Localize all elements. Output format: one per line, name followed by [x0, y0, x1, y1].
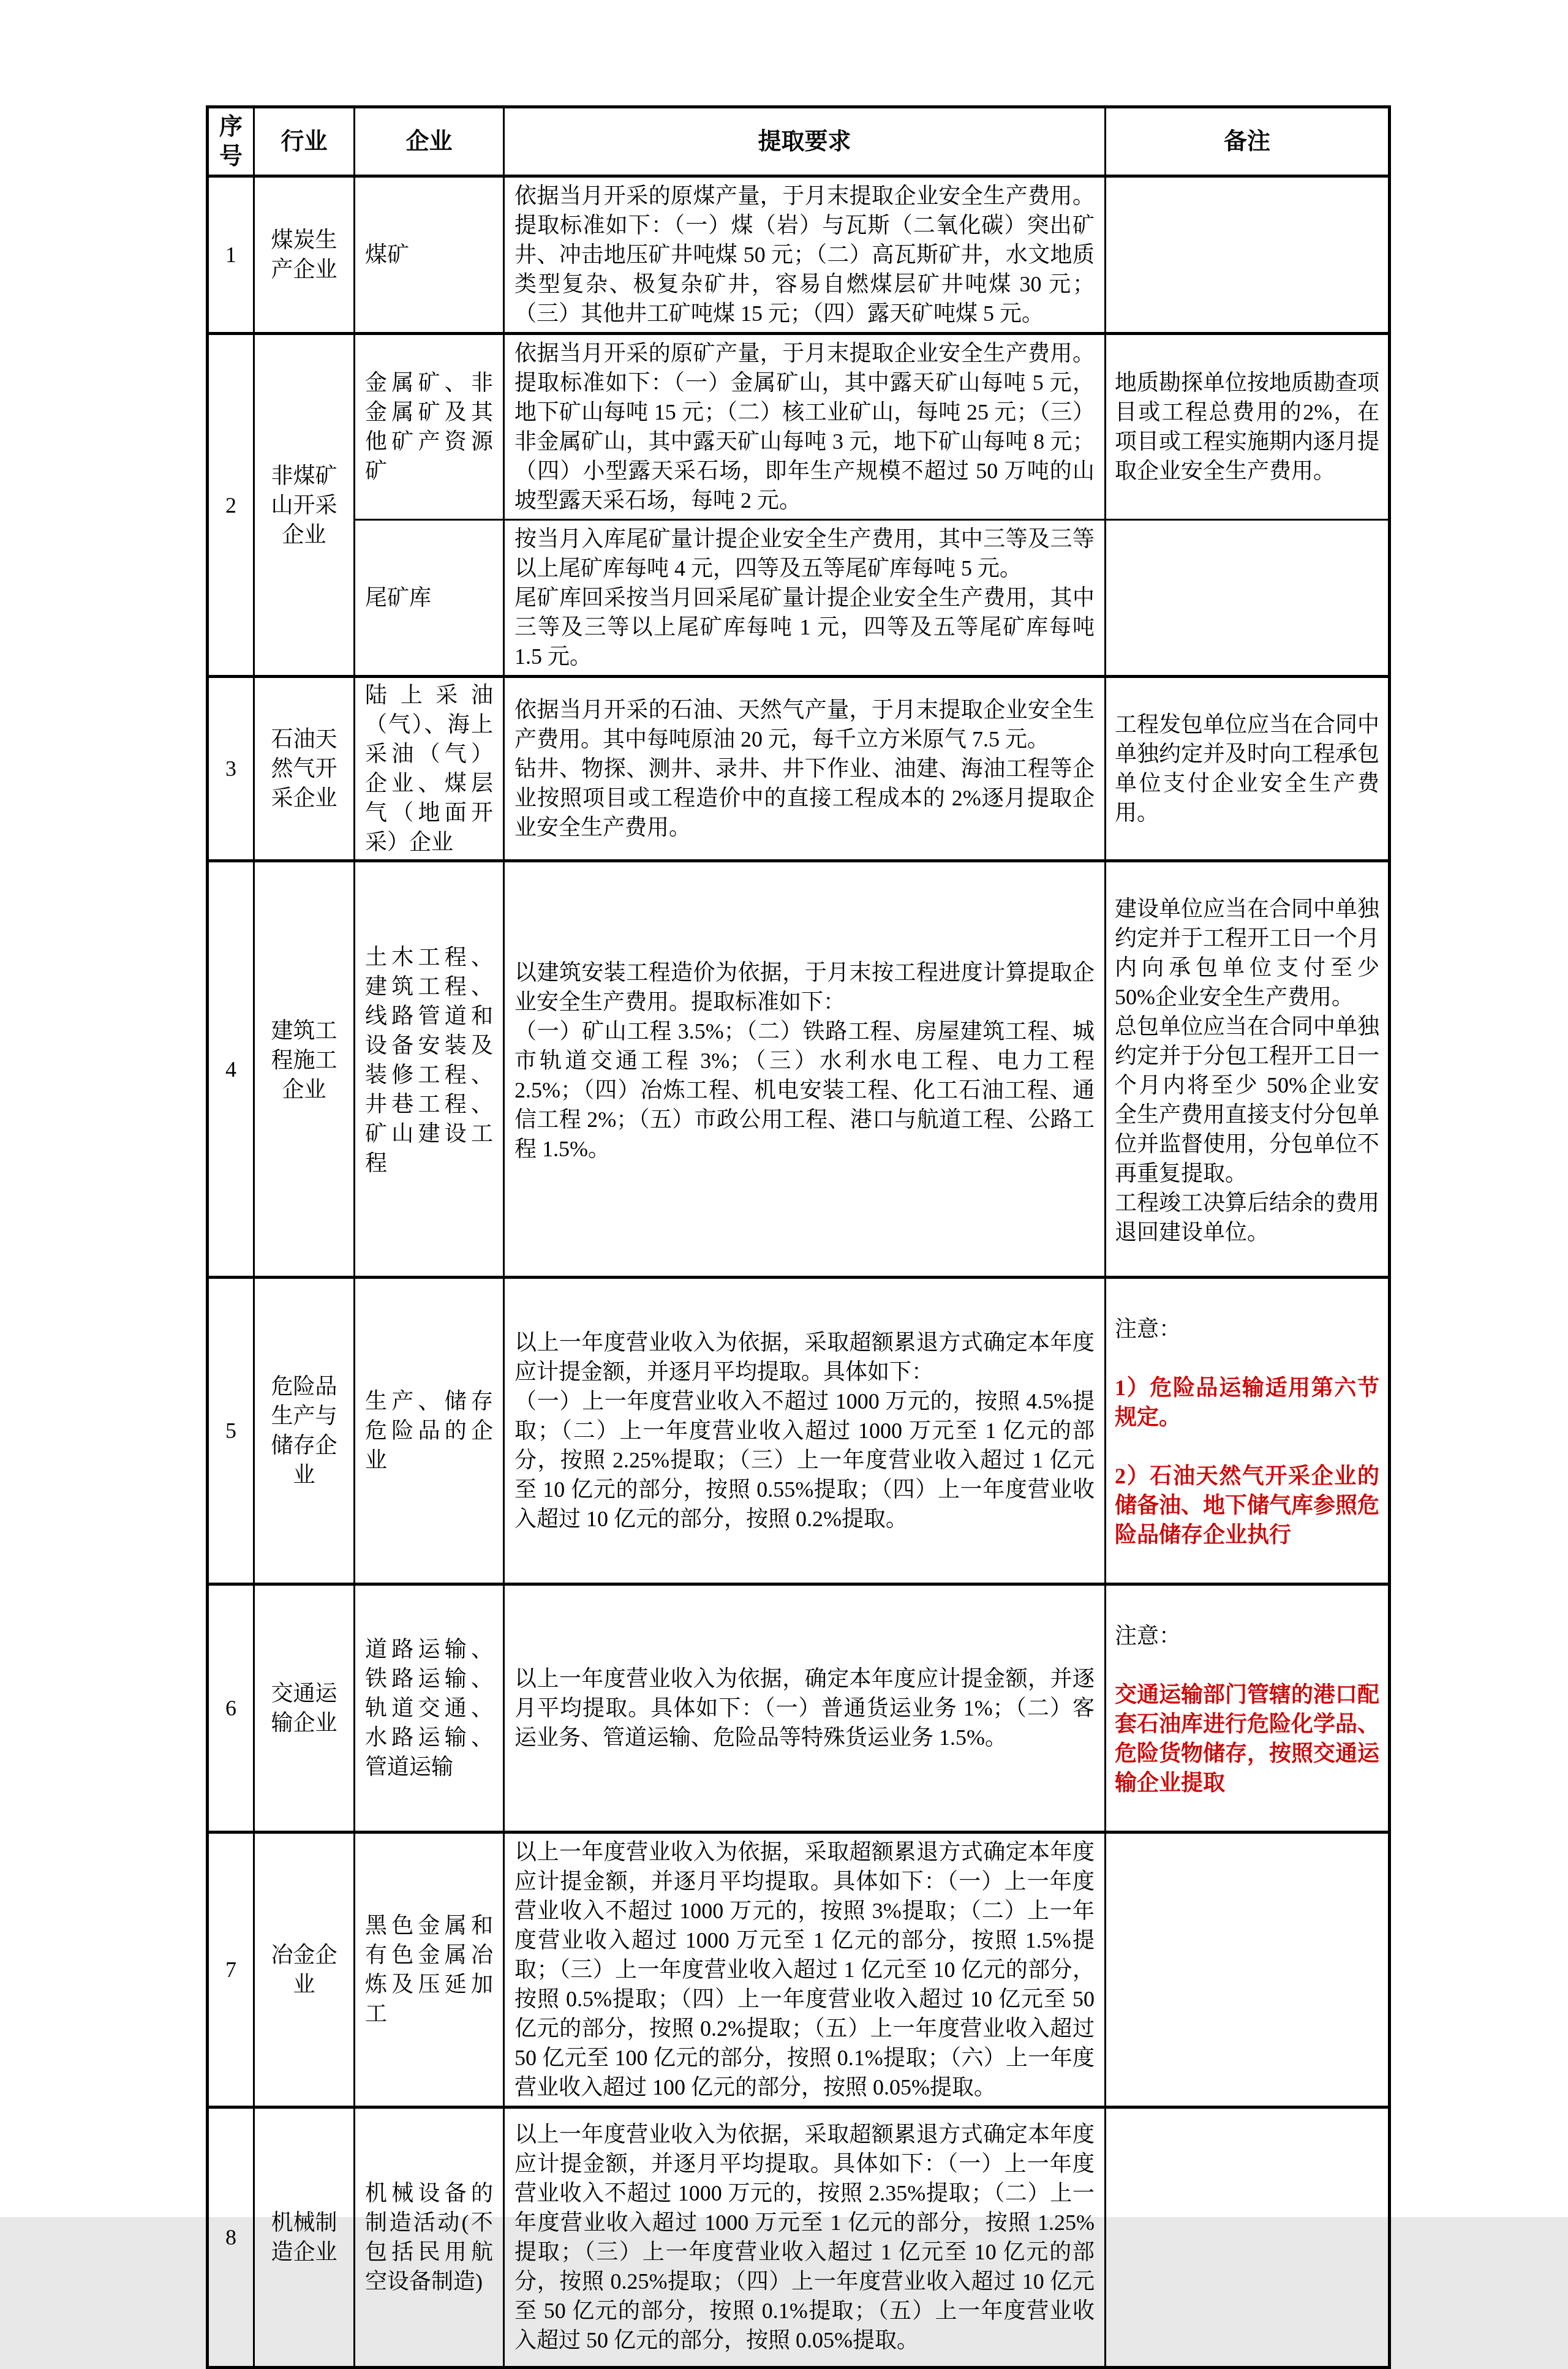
header-seq: 序号 [208, 107, 254, 176]
cell-industry-4: 建筑工程施工企业 [254, 861, 355, 1278]
table-row: 1 煤炭生产企业 煤矿 依据当月开采的原煤产量，于月末提取企业安全生产费用。提取… [208, 176, 1390, 334]
cell-requirement-3: 依据当月开采的石油、天然气产量，于月末提取企业安全生产费用。其中每吨原油 20 … [504, 677, 1106, 861]
table-row: 6 交通运输企业 道路运输、铁路运输、轨道交通、水路运输、管道运输 以上一年度营… [208, 1584, 1390, 1832]
table-row: 3 石油天然气开采企业 陆上采油（气）、海上采油（气）企业、煤层气（地面开采）企… [208, 677, 1390, 861]
cell-enterprise-3: 陆上采油（气）、海上采油（气）企业、煤层气（地面开采）企业 [355, 677, 504, 861]
cell-requirement-6: 以上一年度营业收入为依据，确定本年度应计提金额，并逐月平均提取。具体如下：（一）… [504, 1584, 1106, 1832]
table-row: 7 冶金企业 黑色金属和有色金属冶炼及压延加工 以上一年度营业收入为依据，采取超… [208, 1832, 1390, 2107]
table-row: 8 机械制造企业 机械设备的制造活动(不包括民用航空设备制造) 以上一年度营业收… [208, 2107, 1390, 2368]
remark-note-label: 注意： [1115, 1314, 1379, 1344]
table-row: 2 非煤矿山开采企业 金属矿、非金属矿及其他矿产资源矿 依据当月开采的原矿产量，… [208, 334, 1390, 520]
cell-enterprise-1: 煤矿 [355, 176, 504, 334]
remark-red-text: 交通运输部门管辖的港口配套石油库进行危险化学品、危险货物储存，按照交通运输企业提… [1115, 1680, 1379, 1798]
cell-industry-8: 机械制造企业 [254, 2107, 355, 2368]
cell-remark-3: 工程发包单位应当在合同中单独约定并及时向工程承包单位支付企业安全生产费用。 [1106, 677, 1390, 861]
remark-red-text: 2）石油天然气开采企业的储备油、地下储气库参照危险品储存企业执行 [1115, 1461, 1379, 1550]
cell-requirement-4: 以建筑安装工程造价为依据，于月末按工程进度计算提取企业安全生产费用。提取标准如下… [504, 861, 1106, 1278]
cell-industry-3: 石油天然气开采企业 [254, 677, 355, 861]
table-row: 4 建筑工程施工企业 土木工程、建筑工程、线路管道和设备安装及装修工程、井巷工程… [208, 861, 1390, 1278]
cell-seq-4: 4 [208, 861, 254, 1278]
cell-industry-7: 冶金企业 [254, 1832, 355, 2107]
cell-requirement-2a: 依据当月开采的原矿产量，于月末提取企业安全生产费用。提取标准如下：（一）金属矿山… [504, 334, 1106, 520]
cell-seq-7: 7 [208, 1832, 254, 2107]
cell-remark-4: 建设单位应当在合同中单独约定并于工程开工日一个月内向承包单位支付至少 50%企业… [1106, 861, 1390, 1278]
cell-industry-1: 煤炭生产企业 [254, 176, 355, 334]
cell-remark-1 [1106, 176, 1390, 334]
header-enterprise: 企业 [355, 107, 504, 176]
table-row: 尾矿库 按当月入库尾矿量计提企业安全生产费用，其中三等及三等以上尾矿库每吨 4 … [208, 520, 1390, 677]
cell-requirement-7: 以上一年度营业收入为依据，采取超额累退方式确定本年度应计提金额，并逐月平均提取。… [504, 1832, 1106, 2107]
cell-remark-7 [1106, 1832, 1390, 2107]
cell-remark-8 [1106, 2107, 1390, 2368]
cell-enterprise-5: 生产、储存危险品的企业 [355, 1278, 504, 1584]
cell-enterprise-4: 土木工程、建筑工程、线路管道和设备安装及装修工程、井巷工程、矿山建设工程 [355, 861, 504, 1278]
cell-remark-6: 注意： 交通运输部门管辖的港口配套石油库进行危险化学品、危险货物储存，按照交通运… [1106, 1584, 1390, 1832]
header-remark: 备注 [1106, 107, 1390, 176]
cell-remark-2b [1106, 520, 1390, 677]
cell-enterprise-2b: 尾矿库 [355, 520, 504, 677]
header-industry: 行业 [254, 107, 355, 176]
cell-seq-5: 5 [208, 1278, 254, 1584]
cell-seq-8: 8 [208, 2107, 254, 2368]
safety-fee-extraction-table: 序号 行业 企业 提取要求 备注 1 煤炭生产企业 煤矿 依据当月开采的原煤产量… [206, 105, 1391, 2369]
cell-industry-2: 非煤矿山开采企业 [254, 334, 355, 677]
cell-enterprise-8: 机械设备的制造活动(不包括民用航空设备制造) [355, 2107, 504, 2368]
table-row: 5 危险品生产与储存企业 生产、储存危险品的企业 以上一年度营业收入为依据，采取… [208, 1278, 1390, 1584]
header-requirement: 提取要求 [504, 107, 1106, 176]
cell-enterprise-2a: 金属矿、非金属矿及其他矿产资源矿 [355, 334, 504, 520]
cell-seq-2: 2 [208, 334, 254, 677]
cell-requirement-2b: 按当月入库尾矿量计提企业安全生产费用，其中三等及三等以上尾矿库每吨 4 元，四等… [504, 520, 1106, 677]
cell-industry-6: 交通运输企业 [254, 1584, 355, 1832]
cell-requirement-1: 依据当月开采的原煤产量，于月末提取企业安全生产费用。提取标准如下：（一）煤（岩）… [504, 176, 1106, 334]
cell-remark-5: 注意： 1）危险品运输适用第六节规定。 2）石油天然气开采企业的储备油、地下储气… [1106, 1278, 1390, 1584]
cell-seq-3: 3 [208, 677, 254, 861]
cell-remark-2a: 地质勘探单位按地质勘查项目或工程总费用的2%，在项目或工程实施期内逐月提取企业安… [1106, 334, 1390, 520]
cell-requirement-5: 以上一年度营业收入为依据，采取超额累退方式确定本年度应计提金额，并逐月平均提取。… [504, 1278, 1106, 1584]
document-page: 序号 行业 企业 提取要求 备注 1 煤炭生产企业 煤矿 依据当月开采的原煤产量… [0, 0, 1568, 2217]
cell-seq-1: 1 [208, 176, 254, 334]
header-row: 序号 行业 企业 提取要求 备注 [208, 107, 1390, 176]
remark-note-label: 注意： [1115, 1621, 1379, 1651]
cell-seq-6: 6 [208, 1584, 254, 1832]
cell-requirement-8: 以上一年度营业收入为依据，采取超额累退方式确定本年度应计提金额，并逐月平均提取。… [504, 2107, 1106, 2368]
cell-enterprise-7: 黑色金属和有色金属冶炼及压延加工 [355, 1832, 504, 2107]
cell-enterprise-6: 道路运输、铁路运输、轨道交通、水路运输、管道运输 [355, 1584, 504, 1832]
cell-industry-5: 危险品生产与储存企业 [254, 1278, 355, 1584]
remark-red-text: 1）危险品运输适用第六节规定。 [1115, 1373, 1379, 1432]
